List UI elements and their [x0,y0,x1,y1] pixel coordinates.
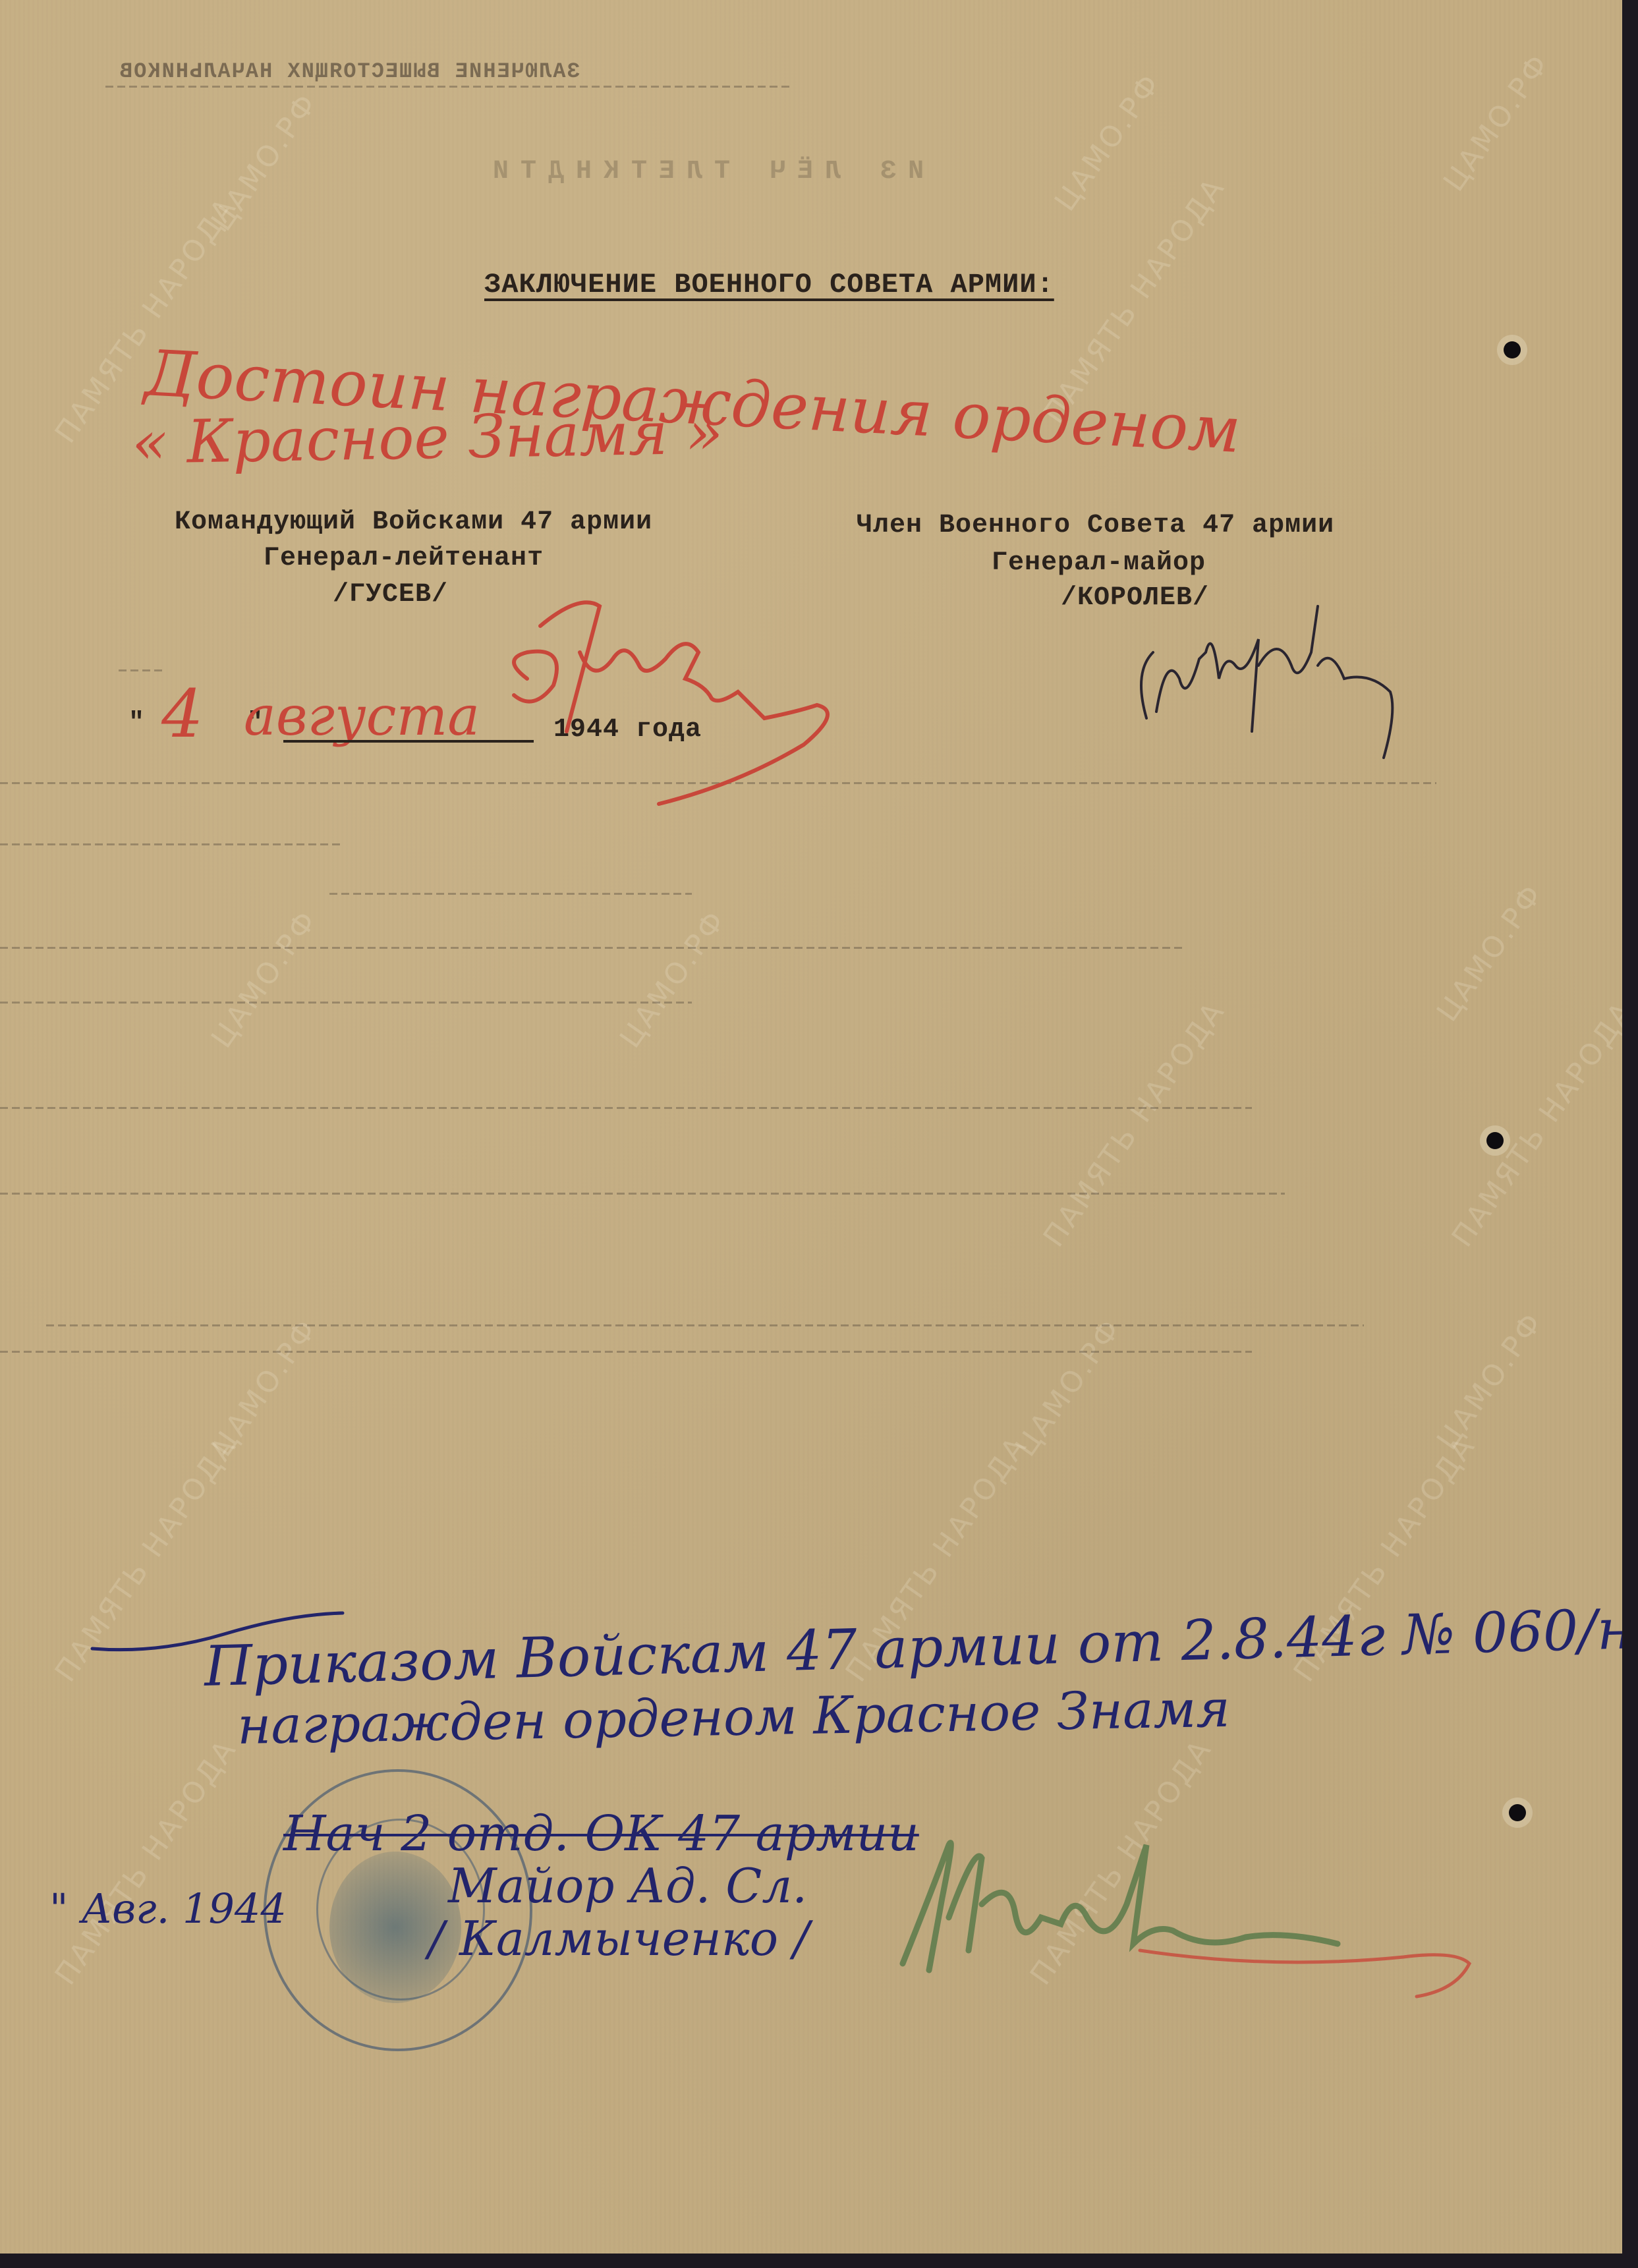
bleed-through-rule [329,893,692,895]
document-page: ЦАМО.РФ ЦАМО.РФ ЦАМО.РФ ПАМЯТЬ НАРОДА ПА… [0,0,1622,2254]
bleed-through-rule [0,1351,1252,1353]
certification-line-2: Майор Ад. Сл. [448,1858,807,1914]
bleed-through-rule [0,1107,1252,1109]
date-year: 1944 года [553,715,702,745]
page-title: ЗАКЛЮЧЕНИЕ ВОЕННОГО СОВЕТА АРМИИ: [484,269,1054,300]
binding-hole [1509,1804,1526,1821]
date-open-quote: " [128,708,145,738]
certification-line-1: Нач 2 отд. ОК 47 армии [283,1805,919,1862]
watermark: ЦАМО.РФ [205,903,324,1054]
bleed-through-subheader: ИЗ ЛЁЧ ТЛЕТКНДТИ [481,157,924,186]
bleed-through-rule [0,1193,1285,1195]
binding-hole [1486,1132,1504,1149]
kalmychenko-signature [876,1819,1502,2003]
watermark: ЦАМО.РФ [1430,1305,1550,1456]
watermark: ПАМЯТЬ НАРОДА [49,1732,244,1991]
binding-hole [1504,341,1521,358]
watermark: ЦАМО.РФ [1430,877,1550,1028]
watermark: ЦАМО.РФ [1048,67,1168,217]
certification-line-3: / Калмыченко / [428,1911,809,1966]
gusev-signature [488,580,949,817]
bleed-through-rule [46,1324,1364,1326]
bleed-through-rule [0,843,343,845]
watermark: ЦАМО.РФ [613,903,733,1054]
watermark: ЦАМО.РФ [1437,47,1556,198]
watermark: ПАМЯТЬ НАРОДА [1446,994,1622,1253]
watermark: ПАМЯТЬ НАРОДА [1037,994,1232,1253]
bleed-through-rule [0,1002,692,1004]
right-signatory-rank: Генерал-майор [992,548,1206,578]
watermark: ЦАМО.РФ [1009,1312,1128,1463]
left-signatory-name: /ГУСЕВ/ [333,580,448,610]
bleed-through-header: ЗАЛЮЧЕНИЕ ВЫШЕСТОЯЩИХ НАЧАЛЬНИКОВ [119,59,580,84]
certification-date: " Авг. 1944 [49,1885,287,1933]
date-day: 4 [161,675,204,752]
date-month: августа [244,685,480,748]
bleed-through-underline [105,86,791,88]
resolution-line-2: « Красное Знамя » [131,398,723,478]
bleed-through-rule [119,669,165,671]
date-month-underline [283,740,534,743]
right-signatory-position: Член Военного Совета 47 армии [857,511,1334,540]
korolev-signature [1120,580,1463,778]
left-signatory-rank: Генерал-лейтенант [264,544,544,573]
bleed-through-rule [0,947,1186,949]
left-signatory-position: Командующий Войсками 47 армии [175,507,652,537]
